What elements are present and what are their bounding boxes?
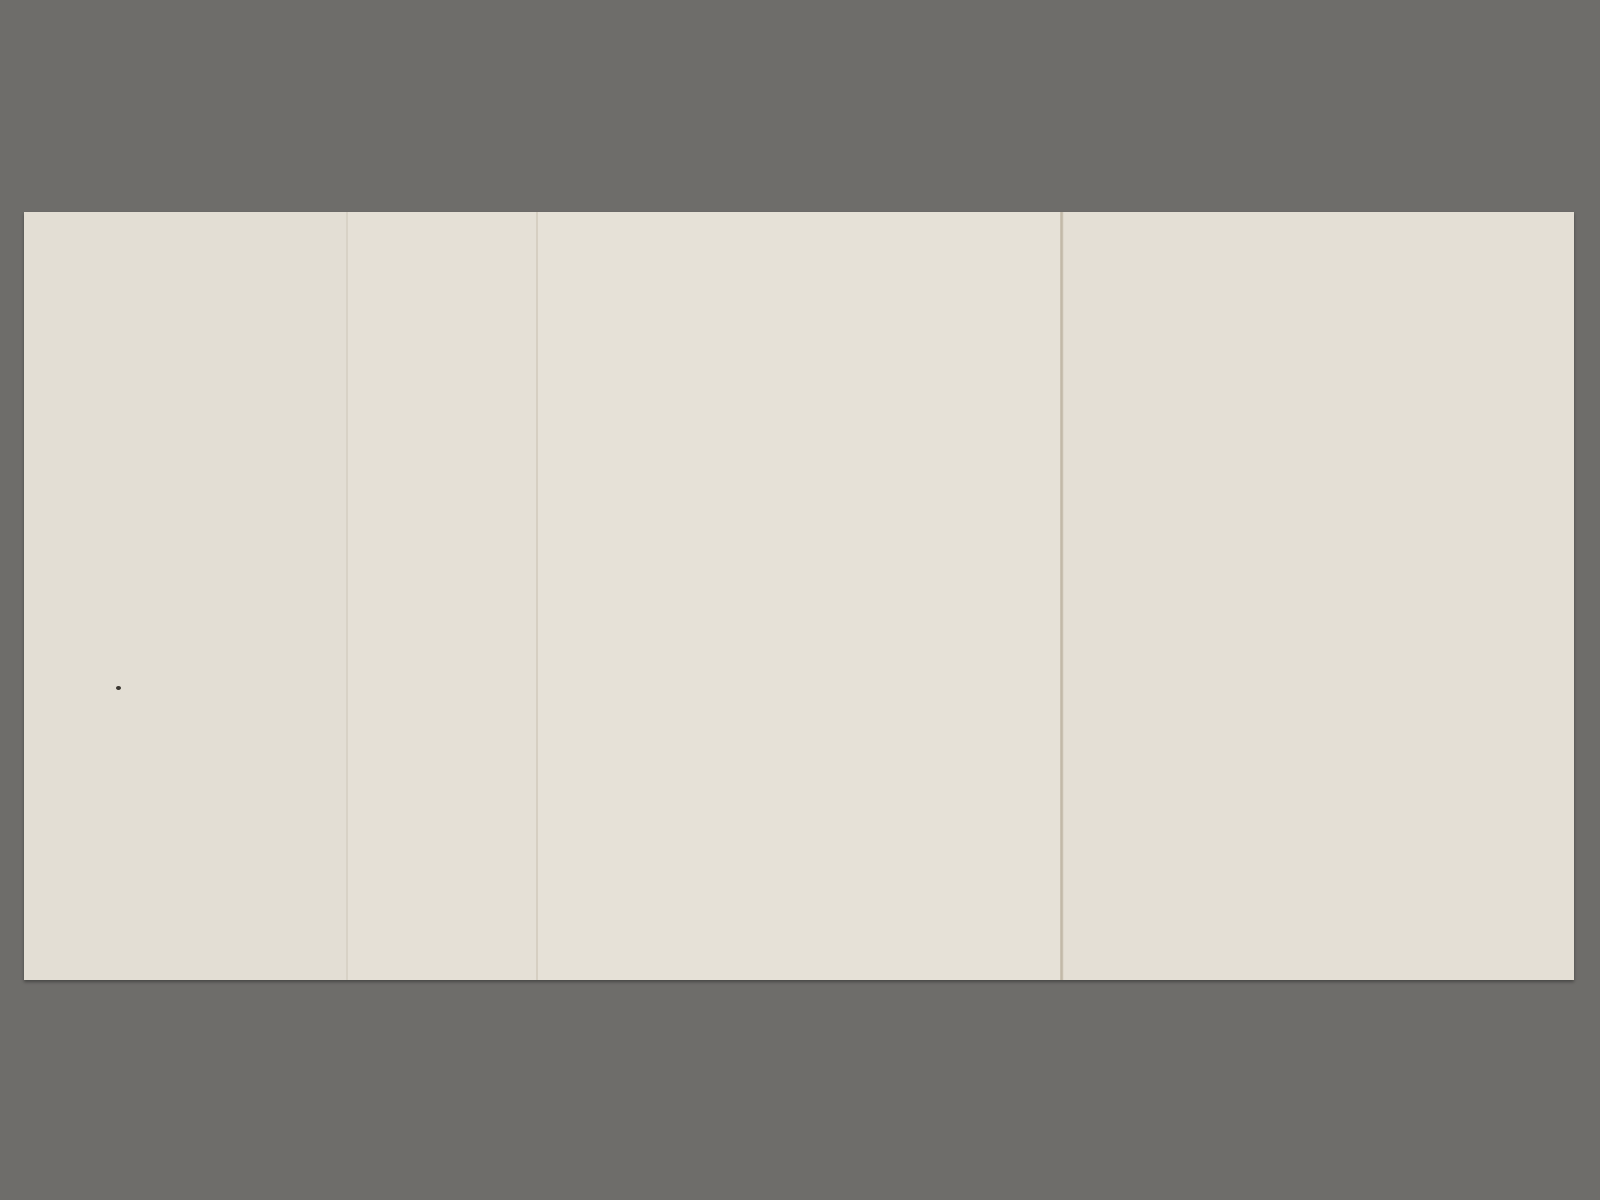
fold-line-3 — [1060, 212, 1064, 980]
fold-line-1 — [346, 212, 348, 980]
fold-line-2 — [536, 212, 538, 980]
paper-panel-4 — [1060, 212, 1574, 980]
paper-panel-2 — [346, 212, 536, 980]
folded-paper-sheet — [24, 212, 1574, 980]
paper-panel-3 — [536, 212, 1082, 980]
ink-speck — [116, 686, 121, 690]
paper-panel-1 — [24, 212, 346, 980]
